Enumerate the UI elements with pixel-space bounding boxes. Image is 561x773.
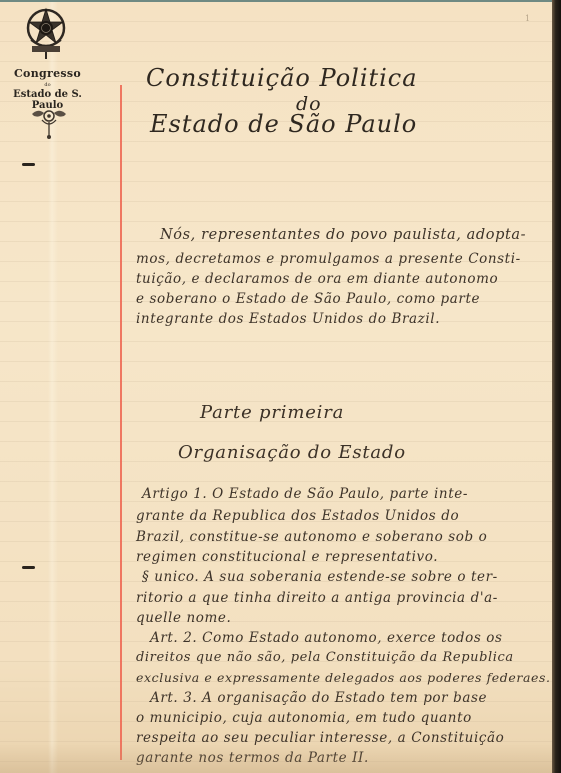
article-line: ritorio a que tinha direito a antiga pro… [136, 590, 498, 606]
red-margin-rule [120, 85, 122, 760]
article-line: Art. 2. Como Estado autonomo, exerce tod… [150, 630, 503, 646]
article-line: grante da Republica dos Estados Unidos d… [136, 508, 459, 524]
manuscript-page: Congresso do Estado de S. Paulo 1 Consti… [0, 2, 553, 773]
page-number: 1 [525, 14, 530, 23]
article-line: Artigo 1. O Estado de São Paulo, parte i… [142, 486, 468, 502]
preamble-line: e soberano o Estado de São Paulo, como p… [136, 291, 480, 307]
margin-dash-mark [22, 566, 35, 569]
preamble-line: integrante dos Estados Unidos do Brazil. [136, 311, 440, 327]
document-title-line-1: Constituição Politica [146, 64, 418, 92]
preamble-line: tuição, e declaramos de ora em diante au… [136, 271, 498, 287]
part-heading: Parte primeira [200, 402, 344, 423]
article-line: § unico. A sua soberania estende-se sobr… [142, 569, 498, 585]
section-heading: Organisação do Estado [178, 442, 406, 463]
article-line: regimen constitucional e representativo. [136, 549, 438, 565]
article-line: o municipio, cuja autonomia, em tudo qua… [136, 710, 472, 726]
article-line: direitos que não são, pela Constituição … [136, 650, 514, 665]
article-line: Art. 3. A organisação do Estado tem por … [150, 690, 487, 706]
document-title-line-3: Estado de São Paulo [150, 110, 417, 138]
article-line: quelle nome. [136, 610, 231, 626]
margin-dash-mark [22, 163, 35, 166]
letterhead-do: do [0, 82, 95, 88]
letterhead-congresso: Congresso [0, 67, 95, 80]
page-shadow [0, 743, 553, 773]
book-binding-edge [552, 0, 561, 773]
article-line: exclusiva e expressamente delegados aos … [136, 670, 551, 685]
floral-ornament-icon [30, 106, 68, 140]
preamble-line: mos, decretamos e promulgamos a presente… [136, 251, 521, 267]
brazil-coat-of-arms-icon [25, 6, 67, 62]
preamble-line: Nós, representantes do povo paulista, ad… [160, 227, 526, 243]
article-line: Brazil, constitue-se autonomo e soberano… [136, 529, 487, 545]
